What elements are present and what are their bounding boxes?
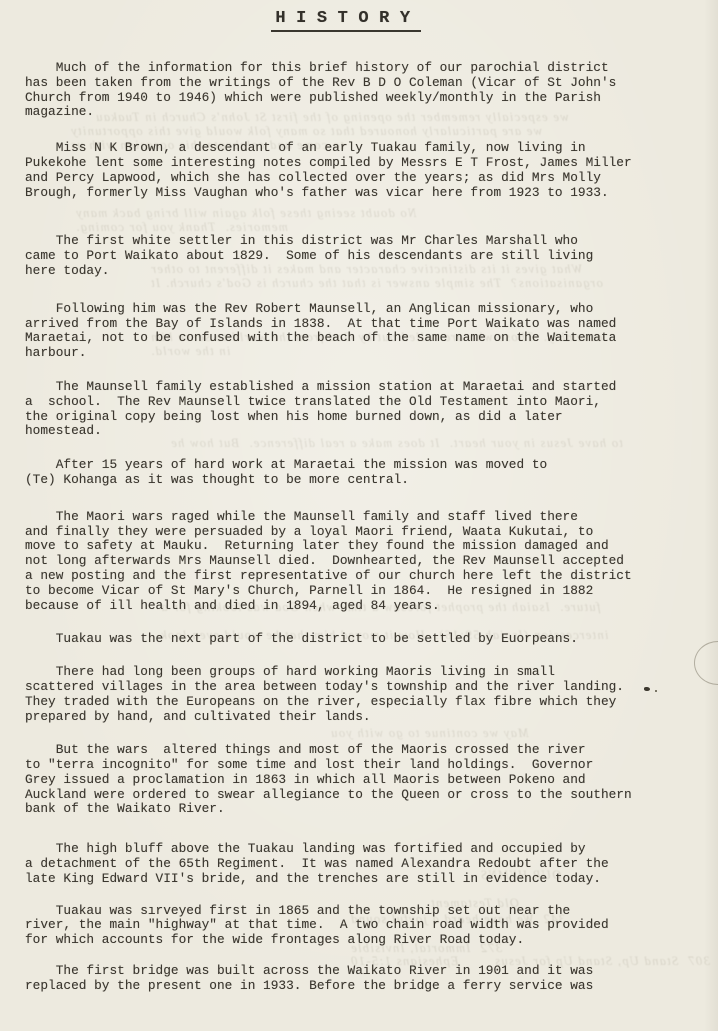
paragraph: After 15 years of hard work at Maraetai …: [25, 458, 698, 488]
paragraph: The first bridge was built across the Wa…: [25, 964, 698, 994]
paragraph: Much of the information for this brief h…: [25, 61, 698, 120]
paragraph: Miss N K Brown, a descendant of an early…: [25, 141, 698, 200]
document-body: Much of the information for this brief h…: [0, 61, 718, 994]
page-title: HISTORY: [271, 9, 420, 32]
paragraph: Following him was the Rev Robert Maunsel…: [25, 302, 698, 361]
paragraph: The first white settler in this district…: [25, 234, 698, 278]
document-page: we especially remember the opening of th…: [0, 0, 718, 1031]
paragraph: But the wars altered things and most of …: [25, 743, 698, 817]
paragraph: Tuakau was the next part of the district…: [25, 632, 698, 647]
title-wrap: HISTORY: [0, 0, 692, 32]
paragraph: The Maunsell family established a missio…: [25, 380, 698, 439]
paragraph: The high bluff above the Tuakau landing …: [25, 842, 698, 886]
paragraph: There had long been groups of hard worki…: [25, 665, 698, 724]
paragraph: Tuakau was sırveyed first in 1865 and th…: [25, 904, 698, 948]
paragraph: The Maori wars raged while the Maunsell …: [25, 510, 698, 614]
